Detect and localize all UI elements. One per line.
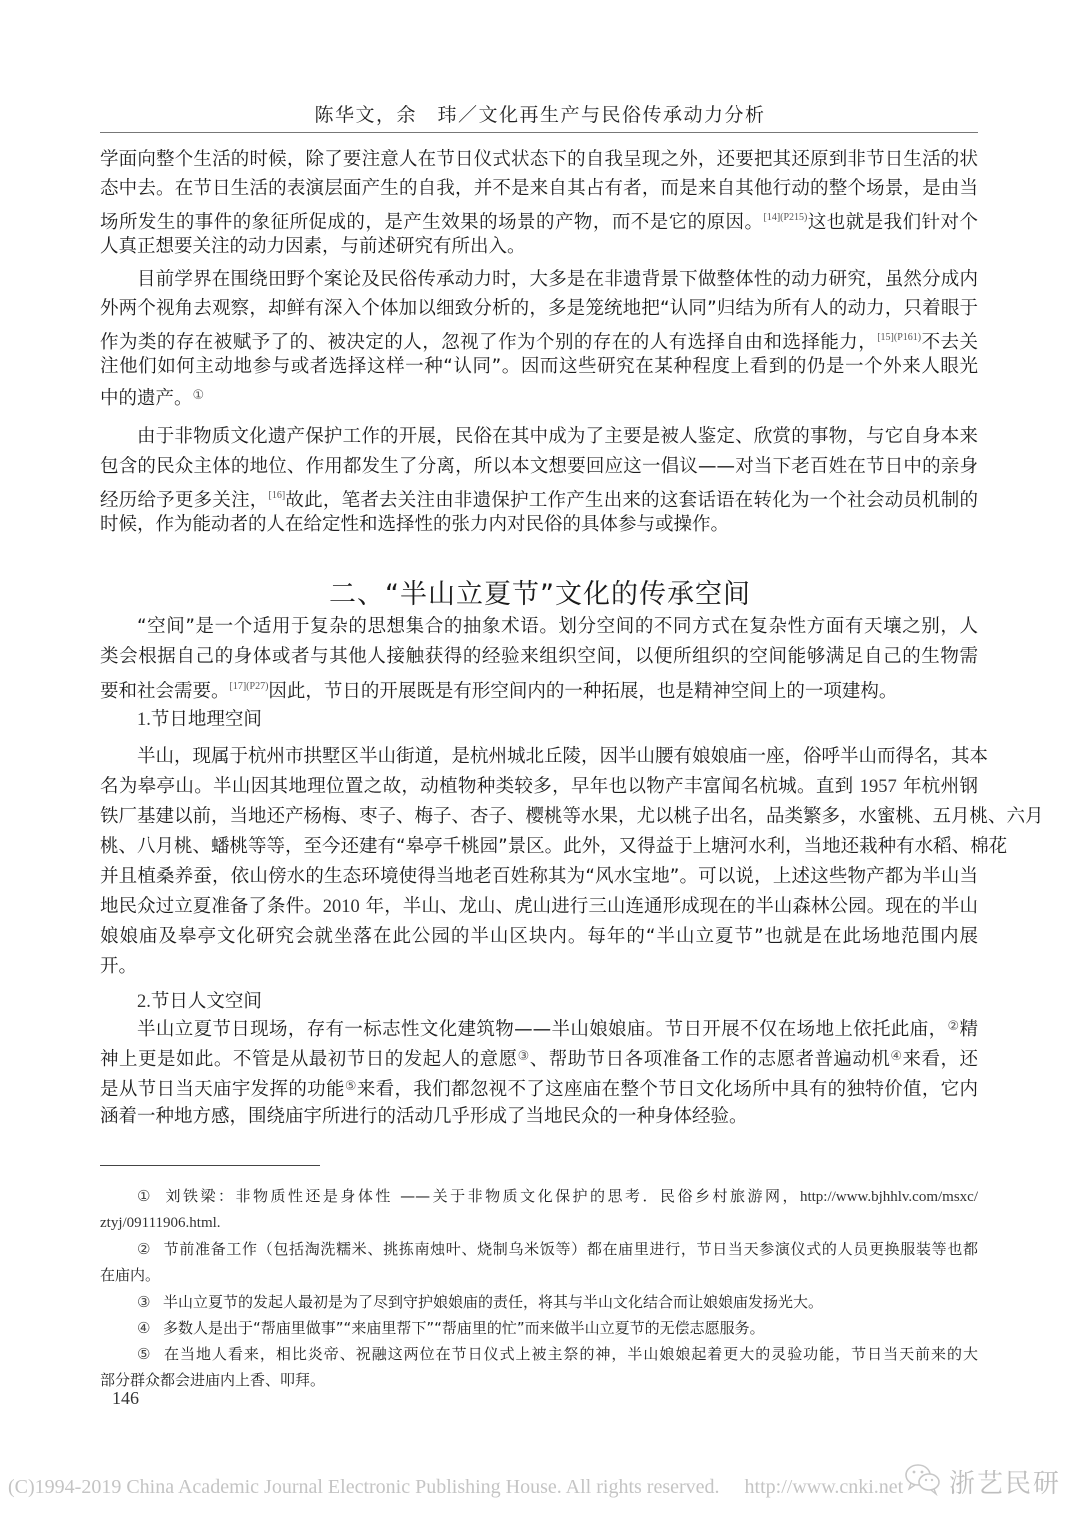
body-line: 目前学界在围绕田野个案论及民俗传承动力时，大多是在非遗背景下做整体性的动力研究，… [137,265,978,295]
header-rule [100,132,978,133]
body-text: 经历给予更多关注， [100,490,269,511]
citation-ref: [16] [269,490,286,501]
body-line: 神上更是如此。不管是从最初节日的发起人的意愿③、帮助节日各项准备工作的志愿者普遍… [100,1042,978,1072]
body-line: 学面向整个生活的时候，除了要注意人在节日仪式状态下的自我呈现之外，还要把其还原到… [100,145,978,175]
footnote-marker[interactable]: ⑤ [345,1079,357,1094]
body-text: 是从节日当天庙宇发挥的功能 [100,1079,345,1100]
wechat-icon [903,1462,943,1500]
body-line: 娘娘庙及皋亭文化研究会就坐落在此公园的半山区块内。每年的“半山立夏节”也就是在此… [100,922,978,952]
footnote-marker[interactable]: ② [947,1019,959,1034]
footnote-item: ④多数人是出于“帮庙里做事”“来庙里帮下”“帮庙里的忙”而来做半山立夏节的无偿志… [137,1315,978,1341]
footnote-item: ②节前准备工作（包括淘洗糯米、挑拣南烛叶、烧制乌米饭等）都在庙里进行，节日当天参… [137,1236,978,1262]
footnote-mark: ② [137,1236,163,1262]
body-line: 是从节日当天庙宇发挥的功能⑤来看，我们都忽视不了这座庙在整个节日文化场所中具有的… [100,1072,978,1102]
body-text: 这也就是我们针对个 [807,212,978,233]
footnote-text: 多数人是出于“帮庙里做事”“来庙里帮下”“帮庙里的忙”而来做半山立夏节的无偿志愿… [163,1319,765,1337]
watermark: 浙艺民研 [903,1462,1061,1500]
footnote-marker[interactable]: ③ [518,1049,530,1064]
body-line: 桃、八月桃、蟠桃等等，至今还建有“皋亭千桃园”景区。此外，又得益于上塘河水利，当… [100,832,978,862]
body-line: 中的遗产。① [100,381,978,411]
body-text: 要和社会需要。 [100,681,230,702]
watermark-text: 浙艺民研 [949,1463,1061,1500]
body-text: 神上更是如此。不管是从最初节日的发起人的意愿 [100,1049,518,1070]
subsection-number: 1. [137,710,151,730]
body-text: 来看，我们都忽视不了这座庙在整个节日文化场所中具有的独特价值，它内 [357,1079,978,1100]
citation-ref: [17](P27) [230,681,269,692]
footnote-item: 部分群众都会进庙内上香、叩拜。 [100,1367,978,1393]
body-text: 因此，节日的开展既是有形空间内的一种拓展，也是精神空间上的一项建构。 [268,681,897,702]
body-line: 要和社会需要。[17](P27)因此，节日的开展既是有形空间内的一种拓展，也是精… [100,672,978,702]
subsection-number: 2. [137,992,151,1012]
body-line: 地民众过立夏准备了条件。2010 年，半山、龙山、虎山进行三山连通形成现在的半山… [100,892,978,922]
body-text: 精 [959,1019,978,1040]
body-line: 态中去。在节日生活的表演层面产生的自我，并不是来自其占有者，而是来自其他行动的整… [100,174,978,204]
body-line: 人真正想要关注的动力因素，与前述研究有所出入。 [100,232,978,262]
body-text: 不去关 [921,332,978,353]
citation-ref: [15](P161) [877,332,921,343]
body-text: 作为类的存在被赋予了的、被决定的人，忽视了作为个别的存在的人有选择自由和选择能力… [100,332,877,353]
footnote-mark: ⑤ [137,1341,163,1367]
body-line: “空间”是一个适用于复杂的思想集合的抽象术语。划分空间的不同方式在复杂性方面有天… [137,612,978,642]
footnote-url[interactable]: http://www.bjhhlv.com/msxc/ [800,1189,978,1205]
body-line: 铁厂基建以前，当地还产杨梅、枣子、梅子、杏子、樱桃等水果，尤以桃子出名，品类繁多… [100,802,978,832]
footnote-item: ③半山立夏节的发起人最初是为了尽到守护娘娘庙的责任，将其与半山文化结合而让娘娘庙… [137,1289,978,1315]
subsection-heading: 1.节日地理空间 [137,705,262,735]
running-header: 陈华文，余 玮／文化再生产与民俗传承动力分析 [0,100,1080,127]
body-text: 场所发生的事件的象征所促成的，是产生效果的场景的产物，而不是它的原因。 [100,212,763,233]
body-line: 作为类的存在被赋予了的、被决定的人，忽视了作为个别的存在的人有选择自由和选择能力… [100,323,978,353]
body-text: 名为皋亭山。半山因其地理位置之故，动植物种类较多，早年也以物产丰富闻名杭城。直到 [100,776,854,797]
copyright-notice: (C)1994-2019 China Academic Journal Elec… [8,1470,903,1499]
body-line: 时候，作为能动者的人在给定性和选择性的张力内对民俗的具体参与或操作。 [100,510,978,540]
year: 1957 [860,777,897,797]
section-title: 二、“半山立夏节”文化的传承空间 [0,572,1080,611]
footnote-marker[interactable]: ④ [890,1049,902,1064]
body-text: 年杭州钢 [903,776,978,797]
footnote-item: ①刘铁梁：非物质性还是身体性 ——关于非物质文化保护的思考．民俗乡村旅游网，ht… [137,1183,978,1209]
subsection-title: 节日人文空间 [151,991,262,1012]
body-line: 半山，现属于杭州市拱墅区半山街道，是杭州城北丘陵，因半山腰有娘娘庙一座，俗呼半山… [137,742,978,772]
footnote-marker[interactable]: ① [193,388,205,403]
year: 2010 [323,897,360,917]
footnote-text: 在当地人看来，相比炎帝、祝融这两位在节日仪式上被主祭的神，半山娘娘起着更大的灵验… [163,1345,978,1363]
body-line: 开。 [100,952,978,982]
body-line: 注他们如何主动地参与或者选择这样一种“认同”。因而这些研究在某种程度上看到的仍是… [100,352,978,382]
citation-ref: [14](P215) [763,212,807,223]
footnote-mark: ④ [137,1315,163,1341]
footnote-item: 在庙内。 [100,1262,978,1288]
body-text: 来看，还 [903,1049,978,1070]
footnote-mark: ③ [137,1289,163,1315]
footnote-text: 半山立夏节的发起人最初是为了尽到守护娘娘庙的责任，将其与半山文化结合而让娘娘庙发… [163,1293,823,1311]
footnote-separator [100,1165,320,1166]
body-line: 场所发生的事件的象征所促成的，是产生效果的场景的产物，而不是它的原因。[14](… [100,203,978,233]
body-text: 、帮助节日各项准备工作的志愿者普遍动机 [530,1049,891,1070]
body-line: 类会根据自己的身体或者与其他人接触获得的经验来组织空间，以便所组织的空间能够满足… [100,642,978,672]
body-text: 年，半山、龙山、虎山进行三山连通形成现在的半山森林公园。现在的半山 [366,896,978,917]
body-line: 包含的民众主体的地位、作用都发生了分离，所以本文想要回应这一倡议——对当下老百姓… [100,452,978,482]
footnote-item: ⑤在当地人看来，相比炎帝、祝融这两位在节日仪式上被主祭的神，半山娘娘起着更大的灵… [137,1341,978,1367]
footnote-url[interactable]: ztyj/09111906.html. [100,1215,221,1231]
body-line: 外两个视角去观察，却鲜有深入个体加以细致分析的，多是笼统地把“认同”归结为所有人… [100,294,978,324]
body-line: 涵着一种地方感，围绕庙宇所进行的活动几乎形成了当地民众的一种身体经验。 [100,1102,978,1132]
body-text: 中的遗产。 [100,388,193,409]
body-line: 经历给予更多关注，[16]故此，笔者去关注由非遗保护工作产生出来的这套话语在转化… [100,481,978,511]
footnote-text: 节前准备工作（包括淘洗糯米、挑拣南烛叶、烧制乌米饭等）都在庙里进行，节日当天参演… [163,1240,978,1258]
footnote-text: 刘铁梁：非物质性还是身体性 ——关于非物质文化保护的思考．民俗乡村旅游网， [163,1187,800,1205]
page-number: 146 [112,1388,139,1409]
footnote-item: ztyj/09111906.html. [100,1209,978,1235]
body-text: 半山立夏节日现场，存有一标志性文化建筑物——半山娘娘庙。节日开展不仅在场地上依托… [137,1019,947,1040]
body-text: 故此，笔者去关注由非遗保护工作产生出来的这套话语在转化为一个社会动员机制的 [285,490,978,511]
subsection-title: 节日地理空间 [151,709,262,730]
body-line: 名为皋亭山。半山因其地理位置之故，动植物种类较多，早年也以物产丰富闻名杭城。直到… [100,772,978,802]
body-line: 并且植桑养蚕，依山傍水的生态环境使得当地老百姓称其为“风水宝地”。可以说，上述这… [100,862,978,892]
footnote-mark: ① [137,1183,163,1209]
body-line: 由于非物质文化遗产保护工作的开展，民俗在其中成为了主要是被人鉴定、欣赏的事物，与… [137,422,978,452]
body-text: 地民众过立夏准备了条件。 [100,896,323,917]
body-line: 半山立夏节日现场，存有一标志性文化建筑物——半山娘娘庙。节日开展不仅在场地上依托… [137,1012,978,1042]
